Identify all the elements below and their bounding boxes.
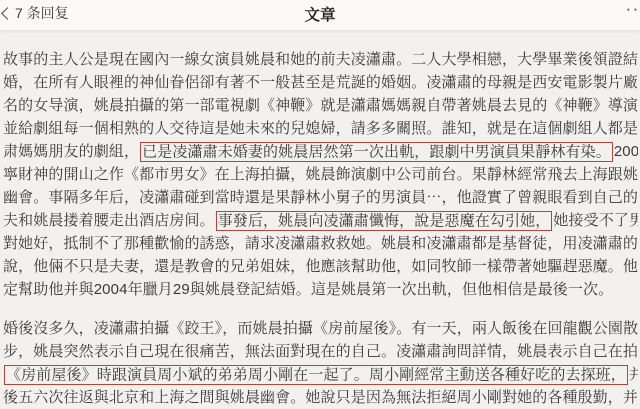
text-segment: 並給劇組每一個相熟的人交待這是她未來的兒媳婦，請多多關照。誰知，就是在這個劇組人… [3,120,638,137]
article-line: 並給劇組每一個相熟的人交待這是她未來的兒媳婦，請多多關照。誰知，就是在這個劇組人… [3,117,638,140]
text-segment: 肃媽媽朋友的劇組， [3,143,139,160]
article-line: 步，姚晨突然表示自己現在很痛苦，無法面對現在的自己。凌瀟肅詢問詳情，姚晨表示自己… [3,340,638,363]
text-segment: 她接受不了男人 [553,212,638,229]
article-line: 幽會。事隔多年后，凌瀟肅碰到當時還是果靜林小舅子的男演員⋯，他證實了曾親眼看到自… [3,186,638,209]
article-line: 後五六次往返與北京和上海之間與姚晨幽會。她說只是因為無法拒絕周小剛對她的各種殷勤… [3,386,638,409]
article-line: 《房前屋後》時跟演員周小斌的弟弟周小剛在一起了。周小剛經常主動送各種好吃的去探班… [3,363,638,386]
article-line: 寧財神的開山之作《都市男女》在上海拍攝，姚晨飾演劇中公司前台。果靜林經常飛去上海… [3,163,638,186]
text-segment: 寧財神的開山之作《都市男女》在上海拍攝，姚晨飾演劇中公司前台。果靜林經常飛去上海… [3,166,638,183]
text-segment: 故事的主人公是現在國內一線女演員姚晨和她的前夫凌瀟肅。二人大學相戀，大學畢業後領… [3,51,638,68]
title-bar: 7 条回复 文章 ··· [0,0,640,31]
article-line: 說，他倆不只是夫妻，還是教會的兄弟姐妹，他應該幫助他，如同牧師一樣帶著她驅趕惡魔… [3,255,638,278]
article-line: 婚後沒多久，凌瀟肅拍攝《跤王》，而姚晨拍攝《房前屋後》。有一天，兩人飯後在回龍觀… [3,317,638,340]
paragraph: 婚後沒多久，凌瀟肅拍攝《跤王》，而姚晨拍攝《房前屋後》。有一天，兩人飯後在回龍觀… [3,317,638,409]
article-line: 婚，在所有人眼裡的神仙眷侶卻有著不一般甚至是荒誕的婚姻。凌瀟肅的母親是西安電影製… [3,71,638,94]
more-icon[interactable]: ··· [626,0,640,19]
text-segment: 幽會。事隔多年后，凌瀟肅碰到當時還是果靜林小舅子的男演員⋯，他證實了曾親眼看到自… [3,189,638,206]
article-line: 名的女导演，姚晨拍攝的第一部電視劇《神鞭》就是瀟肅媽媽親自帶著姚晨去見的《神鞭》… [3,94,638,117]
text-segment: 說，他倆不只是夫妻，還是教會的兄弟姐妹，他應該幫助他，如同牧師一樣帶著她驅趕惡魔… [3,258,638,275]
text-segment: 2003年 [614,143,638,160]
highlight-box: 事發后，姚晨向凌瀟肅懺悔，說是惡魔在勾引她， [216,211,553,231]
article-line: 故事的主人公是現在國內一線女演員姚晨和她的前夫凌瀟肅。二人大學相戀，大學畢業後領… [3,48,638,71]
article-line: 對她好，抵制不了那種歡愉的誘惑，請求凌瀟肅救救她。姚晨和凌瀟肅都是基督徒，用凌瀟… [3,232,638,255]
highlight-box: 《房前屋後》時跟演員周小斌的弟弟周小剛在一起了。周小剛經常主動送各種好吃的去探班… [4,365,628,385]
text-segment: 并先 [629,366,638,383]
text-segment: 定幫助他并與2004年臘月29與姚晨登記結婚。這是姚晨第一次出軌，但他相信是最後… [3,281,613,298]
article: 故事的主人公是現在國內一線女演員姚晨和她的前夫凌瀟肅。二人大學相戀，大學畢業後領… [0,31,640,409]
article-line: 定幫助他并與2004年臘月29與姚晨登記結婚。這是姚晨第一次出軌，但他相信是最後… [3,278,638,301]
paragraph: 故事的主人公是現在國內一線女演員姚晨和她的前夫凌瀟肅。二人大學相戀，大學畢業後領… [3,48,638,301]
text-segment: 後五六次往返與北京和上海之間與姚晨幽會。她說只是因為無法拒絕周小剛對她的各種殷勤… [3,389,638,406]
page-title: 文章 [0,3,640,25]
text-segment: 名的女导演，姚晨拍攝的第一部電視劇《神鞭》就是瀟肅媽媽親自帶著姚晨去見的《神鞭》… [3,97,638,114]
text-segment: 婚，在所有人眼裡的神仙眷侶卻有著不一般甚至是荒誕的婚姻。凌瀟肅的母親是西安電影製… [3,74,638,91]
text-segment: 步，姚晨突然表示自己現在很痛苦，無法面對現在的自己。凌瀟肅詢問詳情，姚晨表示自己… [3,343,638,360]
highlight-box: 已是凌瀟肅未婚妻的姚晨居然第一次出軌，跟劇中男演員果靜林有染。 [140,142,613,162]
article-line: 肃媽媽朋友的劇組，已是凌瀟肅未婚妻的姚晨居然第一次出軌，跟劇中男演員果靜林有染。… [3,140,638,163]
article-line: 夫和姚晨搂着腰走出酒店房间。事發后，姚晨向凌瀟肅懺悔，說是惡魔在勾引她，她接受不… [3,209,638,232]
text-segment: 夫和姚晨搂着腰走出酒店房间。 [3,212,215,229]
text-segment: 對她好，抵制不了那種歡愉的誘惑，請求凌瀟肅救救她。姚晨和凌瀟肅都是基督徒，用凌瀟… [3,235,638,252]
text-segment: 婚後沒多久，凌瀟肅拍攝《跤王》，而姚晨拍攝《房前屋後》。有一天，兩人飯後在回龍觀… [3,320,638,337]
